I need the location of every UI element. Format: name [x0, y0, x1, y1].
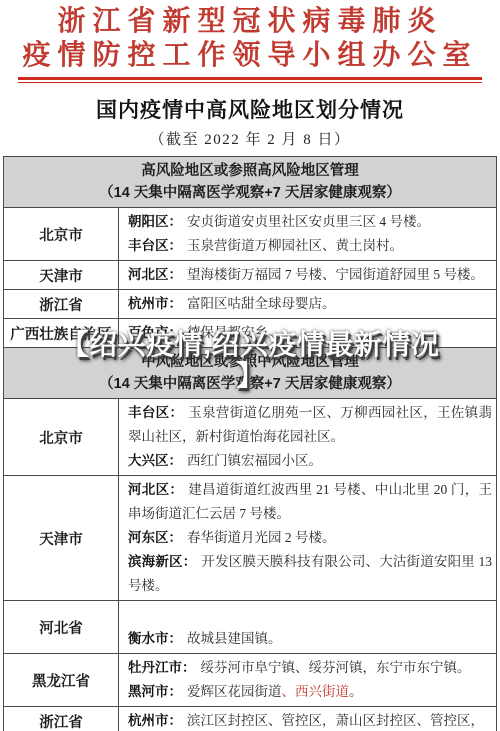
region-entry: 河北区：望海楼街万福园 7 号楼、宁园街道舒园里 5 号楼。 — [128, 263, 492, 287]
entry-text: 故城县建国镇。 — [187, 631, 282, 646]
detail-cell: 河北区：望海楼街万福园 7 号楼、宁园街道舒园里 5 号楼。 — [119, 261, 496, 289]
region-entry: 河北区：建昌道街道红波西里 21 号楼、中山北里 20 门，王串场街道汇仁云居 … — [128, 478, 492, 526]
page-subtitle: （截至 2022 年 2 月 8 日） — [0, 130, 500, 150]
province-cell: 黑龙江省 — [4, 654, 119, 706]
table-row: 天津市 河北区：建昌道街道红波西里 21 号楼、中山北里 20 门，王串场街道汇… — [4, 476, 496, 601]
entry-label: 滨海新区： — [128, 554, 196, 569]
table-row: 广西壮族自治区 百色市：德保县都安乡。 — [4, 319, 496, 348]
region-entry: 黑河市：爱辉区花园街道、西兴街道。 — [128, 680, 492, 704]
section-header-line2: （14 天集中隔离医学观察+7 天居家健康观察） — [6, 182, 494, 204]
entry-text: 富阳区咕甜全球母婴店。 — [187, 296, 336, 311]
entry-text: 西红门镇宏福园小区。 — [187, 453, 322, 468]
table-row: 黑龙江省 牡丹江市：绥芬河市阜宁镇、绥芬河镇，东宁市东宁镇。 黑河市：爱辉区花园… — [4, 654, 496, 707]
entry-label: 杭州市： — [128, 713, 182, 728]
entry-label: 朝阳区： — [128, 214, 182, 229]
table-row: 天津市 河北区：望海楼街万福园 7 号楼、宁园街道舒园里 5 号楼。 — [4, 261, 496, 290]
region-entry: 衡水市：故城县建国镇。 — [128, 627, 492, 651]
table-row: 浙江省 杭州市：滨江区封控区、管控区，萧山区封控区、管控区， — [4, 707, 496, 731]
province-cell: 天津市 — [4, 476, 119, 600]
entry-label: 丰台区： — [128, 405, 183, 420]
region-entry: 牡丹江市：绥芬河市阜宁镇、绥芬河镇，东宁市东宁镇。 — [128, 656, 492, 680]
document-page: { "letterhead": { "line1": "浙江省新型冠状病毒肺炎"… — [0, 0, 500, 731]
region-entry: 河东区：春华街道月光园 2 号楼。 — [128, 526, 492, 550]
entry-label: 百色市： — [128, 325, 182, 340]
entry-text: 玉泉营街道万柳园社区、黄土岗村。 — [187, 238, 403, 253]
region-entry: 杭州市：富阳区咕甜全球母婴店。 — [128, 292, 492, 316]
table-row: 北京市 丰台区：玉泉营街道亿朋苑一区、万柳西园社区，王佐镇翡翠山社区，新村街道怡… — [4, 399, 496, 476]
section-header-medium-risk: 中风险地区或参照中风险地区管理 （14 天集中隔离医学观察+7 天居家健康观察） — [4, 348, 496, 399]
letterhead: 浙江省新型冠状病毒肺炎 疫情防控工作领导小组办公室 — [0, 0, 500, 73]
province-cell: 河北省 — [4, 601, 119, 653]
region-entry: 朝阳区：安贞街道安贞里社区安贞里三区 4 号楼。 — [128, 210, 492, 234]
page-title: 国内疫情中高风险地区划分情况 — [0, 96, 500, 124]
province-cell: 天津市 — [4, 261, 119, 289]
province-cell: 浙江省 — [4, 290, 119, 318]
entry-text: 德保县都安乡。 — [187, 325, 282, 340]
region-entry: 杭州市：滨江区封控区、管控区，萧山区封控区、管控区， — [128, 709, 492, 731]
province-cell: 浙江省 — [4, 707, 119, 731]
entry-text: 春华街道月光园 2 号楼。 — [187, 530, 336, 545]
section-header-high-risk: 高风险地区或参照高风险地区管理 （14 天集中隔离医学观察+7 天居家健康观察） — [4, 157, 496, 208]
table-row: 浙江省 杭州市：富阳区咕甜全球母婴店。 — [4, 290, 496, 319]
detail-cell: 杭州市：滨江区封控区、管控区，萧山区封控区、管控区， — [119, 707, 496, 731]
province-cell: 北京市 — [4, 208, 119, 260]
entry-label: 河北区： — [128, 482, 183, 497]
entry-text: 绥芬河市阜宁镇、绥芬河镇，东宁市东宁镇。 — [201, 660, 471, 675]
section-header-line1: 中风险地区或参照中风险地区管理 — [6, 351, 494, 373]
section-header-line2: （14 天集中隔离医学观察+7 天居家健康观察） — [6, 373, 494, 395]
detail-cell: 河北区：建昌道街道红波西里 21 号楼、中山北里 20 门，王串场街道汇仁云居 … — [119, 476, 496, 600]
entry-text: 爱辉区花园街道 — [187, 684, 282, 699]
table-row: 北京市 朝阳区：安贞街道安贞里社区安贞里三区 4 号楼。 丰台区：玉泉营街道万柳… — [4, 208, 496, 261]
entry-label: 河北区： — [128, 267, 182, 282]
section-header-line1: 高风险地区或参照高风险地区管理 — [6, 160, 494, 182]
entry-text: 滨江区封控区、管控区，萧山区封控区、管控区， — [187, 713, 484, 728]
entry-text-highlight-red: 、西兴街道 — [282, 684, 350, 699]
entry-text-tail: 。 — [349, 684, 363, 699]
province-cell: 广西壮族自治区 — [4, 319, 119, 347]
province-cell: 北京市 — [4, 399, 119, 475]
region-entry: 丰台区：玉泉营街道亿朋苑一区、万柳西园社区，王佐镇翡翠山社区，新村街道怡海花园社… — [128, 401, 492, 449]
region-entry: 百色市：德保县都安乡。 — [128, 321, 492, 345]
entry-label: 河东区： — [128, 530, 182, 545]
entry-text: 望海楼街万福园 7 号楼、宁园街道舒园里 5 号楼。 — [187, 267, 484, 282]
detail-cell: 衡水市：故城县建国镇。 — [119, 601, 496, 653]
entry-label: 杭州市： — [128, 296, 182, 311]
table-row: 河北省 衡水市：故城县建国镇。 — [4, 601, 496, 654]
entry-label: 丰台区： — [128, 238, 182, 253]
entry-label: 大兴区： — [128, 453, 182, 468]
detail-cell: 百色市：德保县都安乡。 — [119, 319, 496, 347]
entry-label: 衡水市： — [128, 631, 182, 646]
region-entry: 大兴区：西红门镇宏福园小区。 — [128, 449, 492, 473]
entry-label: 黑河市： — [128, 684, 182, 699]
region-entry: 滨海新区：开发区膜天膜科技有限公司、大沽街道安阳里 13 号楼。 — [128, 550, 492, 598]
detail-cell: 朝阳区：安贞街道安贞里社区安贞里三区 4 号楼。 丰台区：玉泉营街道万柳园社区、… — [119, 208, 496, 260]
detail-cell: 丰台区：玉泉营街道亿朋苑一区、万柳西园社区，王佐镇翡翠山社区，新村街道怡海花园社… — [119, 399, 496, 475]
region-entry: 丰台区：玉泉营街道万柳园社区、黄土岗村。 — [128, 234, 492, 258]
risk-area-table: 高风险地区或参照高风险地区管理 （14 天集中隔离医学观察+7 天居家健康观察）… — [3, 156, 497, 731]
detail-cell: 牡丹江市：绥芬河市阜宁镇、绥芬河镇，东宁市东宁镇。 黑河市：爱辉区花园街道、西兴… — [119, 654, 496, 706]
letterhead-line2: 疫情防控工作领导小组办公室 — [0, 39, 500, 73]
entry-label: 牡丹江市： — [128, 660, 196, 675]
letterhead-line1: 浙江省新型冠状病毒肺炎 — [0, 5, 500, 39]
entry-text: 安贞街道安贞里社区安贞里三区 4 号楼。 — [187, 214, 430, 229]
letterhead-divider-rule — [18, 77, 482, 83]
detail-cell: 杭州市：富阳区咕甜全球母婴店。 — [119, 290, 496, 318]
